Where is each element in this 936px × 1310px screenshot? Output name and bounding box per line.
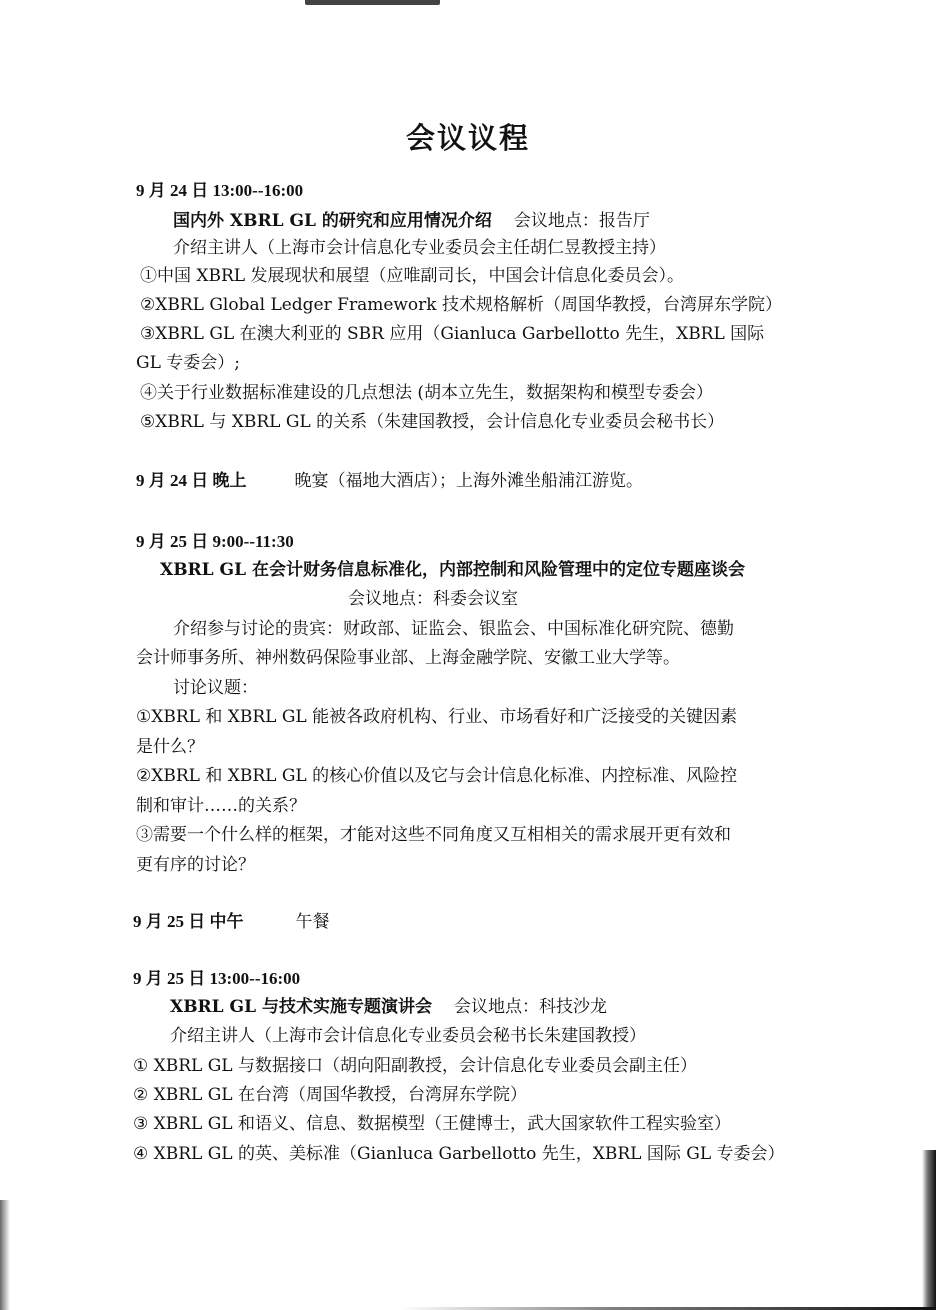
session-4-date: 9 月 25 日 中午	[133, 912, 244, 931]
session-5-date: 9 月 25 日 13:00--16:00	[133, 968, 300, 990]
session-5-topic: XBRL GL 与技术实施专题演讲会	[170, 997, 432, 1017]
discussion-item-continued: 是什么？	[136, 736, 204, 758]
session-5-venue: 会议地点：科技沙龙	[454, 997, 607, 1017]
discussion-item: ①XBRL 和 XBRL GL 能被各政府机构、行业、市场看好和广泛接受的关键因…	[136, 706, 737, 728]
session-2-date: 9 月 24 日 晚上	[136, 471, 247, 490]
session-5-host: 介绍主讲人（上海市会计信息化专业委员会秘书长朱建国教授）	[170, 1025, 646, 1047]
session-1-date: 9 月 24 日 13:00--16:00	[136, 180, 303, 202]
discussion-item: ③需要一个什么样的框架，才能对这些不同角度又互相相关的需求展开更有效和	[136, 824, 731, 846]
session-5-item: ① XBRL GL 与数据接口（胡向阳副教授，会计信息化专业委员会副主任）	[133, 1055, 697, 1077]
session-5-item: ④ XBRL GL 的英、美标准（Gianluca Garbellotto 先生…	[133, 1143, 785, 1165]
session-3-date: 9 月 25 日 9:00--11:30	[136, 531, 294, 553]
session-1-topic: 国内外 XBRL GL 的研究和应用情况介绍	[173, 211, 492, 231]
session-5-heading: XBRL GL 与技术实施专题演讲会会议地点：科技沙龙	[170, 996, 607, 1018]
session-1-item: ③XBRL GL 在澳大利亚的 SBR 应用（Gianluca Garbello…	[140, 323, 764, 345]
document-page: 会议议程 9 月 24 日 13:00--16:00 国内外 XBRL GL 的…	[0, 0, 936, 1310]
discussion-item: ②XBRL 和 XBRL GL 的核心价值以及它与会计信息化标准、内控标准、风险…	[136, 765, 737, 787]
discussion-item-continued: 更有序的讨论？	[136, 854, 255, 876]
session-2-activity: 晚宴（福地大酒店）；上海外滩坐船浦江游览。	[295, 471, 644, 491]
session-2-row: 9 月 24 日 晚上晚宴（福地大酒店）；上海外滩坐船浦江游览。	[136, 470, 643, 492]
session-1-host: 介绍主讲人（上海市会计信息化专业委员会主任胡仁昱教授主持）	[173, 237, 666, 259]
scan-artifact-right-edge	[922, 1150, 936, 1310]
session-4-row: 9 月 25 日 中午午餐	[133, 911, 330, 933]
session-1-item: ④关于行业数据标准建设的几点想法 (胡本立先生，数据架构和模型专委会）	[140, 382, 713, 404]
session-1-item: ⑤XBRL 与 XBRL GL 的关系（朱建国教授，会计信息化专业委员会秘书长）	[140, 411, 724, 433]
session-1-item: ①中国 XBRL 发展现状和展望（应唯副司长，中国会计信息化委员会）。	[140, 265, 684, 287]
session-1-venue: 会议地点：报告厅	[514, 211, 650, 231]
session-1-item-continued: GL 专委会）;	[136, 352, 240, 374]
session-3-guests-line-2: 会计师事务所、神州数码保险事业部、上海金融学院、安徽工业大学等。	[136, 647, 680, 669]
session-3-venue: 会议地点：科委会议室	[348, 588, 518, 610]
session-1-heading: 国内外 XBRL GL 的研究和应用情况介绍会议地点：报告厅	[173, 210, 650, 232]
discussion-item-continued: 制和审计……的关系？	[136, 795, 306, 817]
session-3-topic: XBRL GL 在会计财务信息标准化，内部控制和风险管理中的定位专题座谈会	[160, 559, 745, 581]
session-5-item: ② XBRL GL 在台湾（周国华教授，台湾屏东学院）	[133, 1084, 527, 1106]
session-5-item: ③ XBRL GL 和语义、信息、数据模型（王健博士，武大国家软件工程实验室）	[133, 1113, 731, 1135]
session-4-activity: 午餐	[296, 912, 330, 932]
scan-artifact-left-edge	[0, 1200, 10, 1310]
session-3-discussion-label: 讨论议题：	[173, 677, 258, 699]
page-title: 会议议程	[0, 116, 936, 157]
session-3-guests-line-1: 介绍参与讨论的贵宾：财政部、证监会、银监会、中国标准化研究院、德勤	[173, 618, 734, 640]
scan-artifact-top	[305, 0, 440, 5]
session-1-item: ②XBRL Global Ledger Framework 技术规格解析（周国华…	[140, 294, 782, 316]
